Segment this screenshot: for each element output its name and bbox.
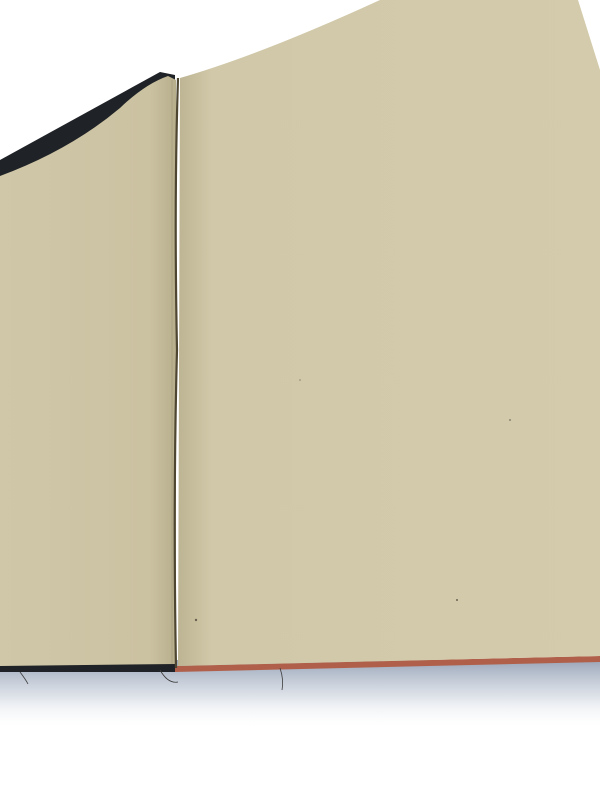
open-book-illustration: [0, 0, 600, 800]
paper-speck: [509, 419, 511, 421]
paper-speck: [456, 599, 458, 601]
right-page: [178, 0, 600, 666]
paper-speck: [195, 619, 197, 621]
paper-speck: [299, 379, 301, 381]
book-photo: [0, 0, 600, 800]
